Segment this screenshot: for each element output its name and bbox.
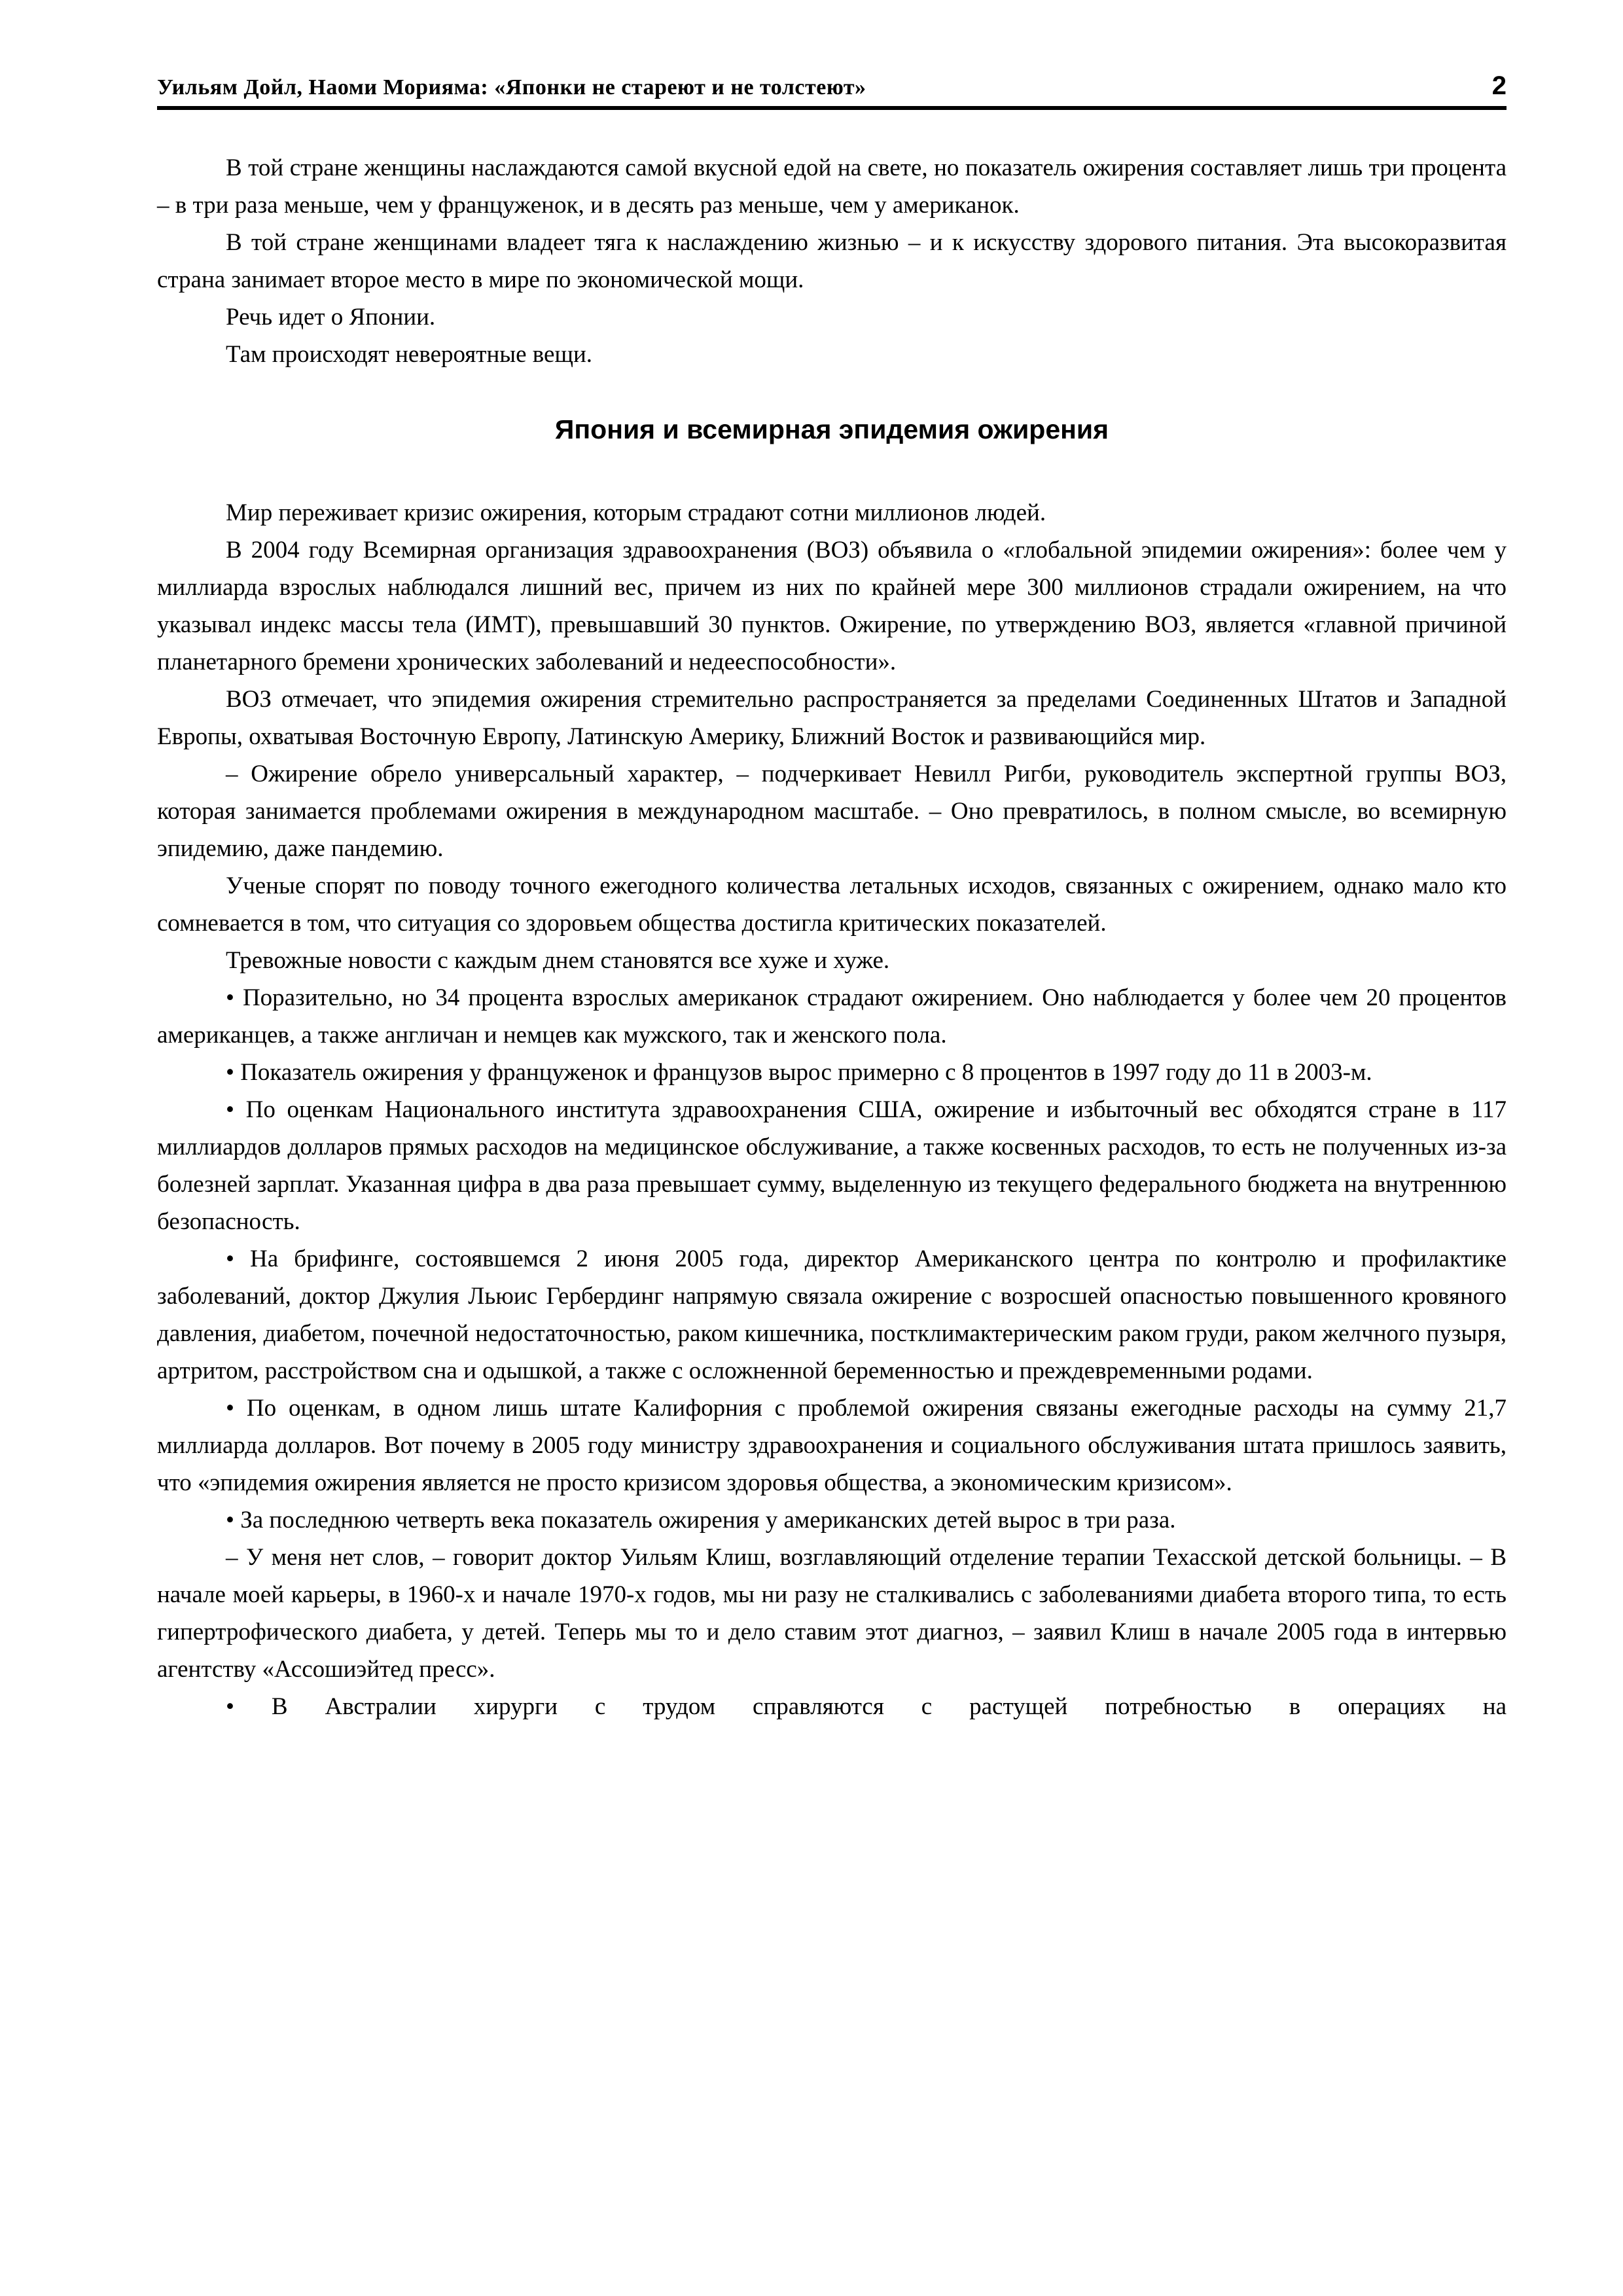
paragraph: • Показатель ожирения у француженок и фр… [157, 1054, 1507, 1091]
paragraph: • По оценкам, в одном лишь штате Калифор… [157, 1390, 1507, 1501]
paragraph: • За последнюю четверть века показатель … [157, 1501, 1507, 1539]
section-heading: Япония и всемирная эпидемия ожирения [157, 411, 1507, 448]
page-header: Уильям Дойл, Наоми Морияма: «Японки не с… [157, 69, 1507, 104]
paragraph: Ученые спорят по поводу точного ежегодно… [157, 867, 1507, 942]
paragraph: • На брифинге, состоявшемся 2 июня 2005 … [157, 1240, 1507, 1390]
paragraph: • По оценкам Национального института здр… [157, 1091, 1507, 1240]
paragraph: • В Австралии хирурги с трудом справляют… [157, 1688, 1507, 1725]
paragraph: В той стране женщинами владеет тяга к на… [157, 224, 1507, 298]
paragraph: – У меня нет слов, – говорит доктор Уиль… [157, 1539, 1507, 1688]
paragraph: В 2004 году Всемирная организация здраво… [157, 531, 1507, 681]
paragraph: Мир переживает кризис ожирения, которым … [157, 494, 1507, 531]
header-title: Уильям Дойл, Наоми Морияма: «Японки не с… [157, 71, 866, 104]
paragraph: Тревожные новости с каждым днем становят… [157, 942, 1507, 979]
paragraph: • Поразительно, но 34 процента взрослых … [157, 979, 1507, 1054]
paragraph: ВОЗ отмечает, что эпидемия ожирения стре… [157, 681, 1507, 755]
header-rule [157, 106, 1507, 110]
paragraph: В той стране женщины наслаждаются самой … [157, 149, 1507, 224]
document-body: В той стране женщины наслаждаются самой … [157, 149, 1507, 1725]
paragraph: Речь идет о Японии. [157, 298, 1507, 336]
paragraph: Там происходят невероятные вещи. [157, 336, 1507, 373]
paragraph: – Ожирение обрело универсальный характер… [157, 755, 1507, 867]
page-number: 2 [1492, 69, 1507, 102]
document-page: Уильям Дойл, Наоми Морияма: «Японки не с… [0, 0, 1623, 2296]
